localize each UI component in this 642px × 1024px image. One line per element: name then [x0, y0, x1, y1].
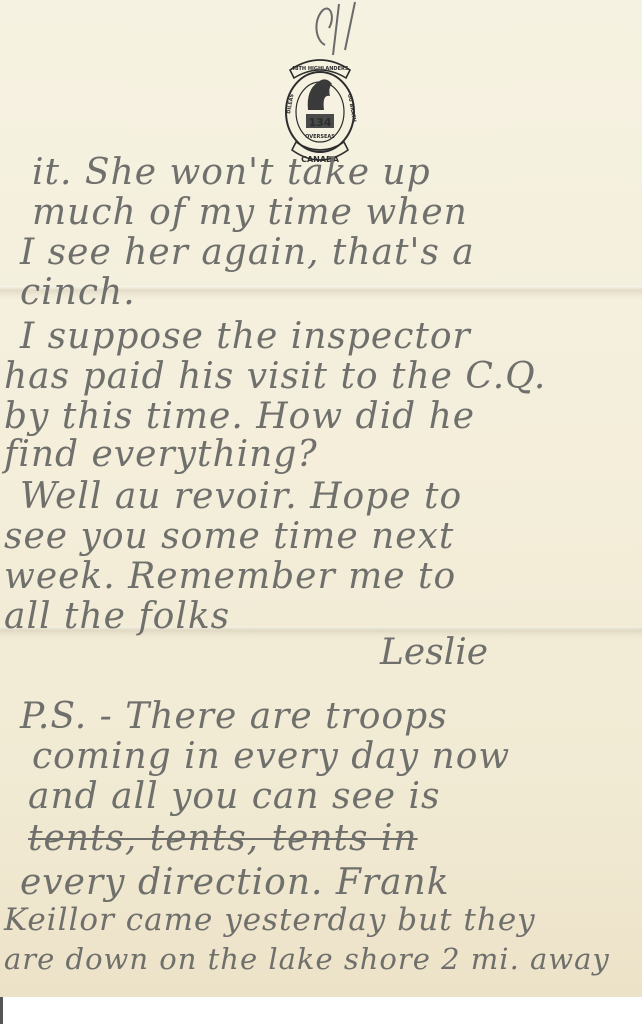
letter-line: cinch.	[20, 272, 642, 313]
signature: Leslie	[380, 632, 488, 673]
letter-line: I suppose the inspector	[20, 316, 642, 357]
scan-edge	[0, 997, 3, 1024]
scan-margin	[0, 997, 642, 1024]
letter-line: by this time. How did he	[4, 396, 642, 437]
svg-text:DILEAS: DILEAS	[286, 93, 295, 114]
letter-line: Well au revoir. Hope to	[20, 476, 642, 517]
postscript-line: and all you can see is	[28, 776, 642, 817]
letter-line: find everything?	[4, 434, 642, 475]
letter-line: it. She won't take up	[32, 152, 642, 193]
letter-page: 134 CANADA 48TH HIGHLANDERS OVERSEAS DIL…	[0, 0, 642, 997]
letter-line: has paid his visit to the C.Q.	[4, 356, 642, 397]
postscript-line: P.S. - There are troops	[20, 696, 642, 737]
letter-line: I see her again, that's a	[20, 232, 642, 273]
svg-text:48TH HIGHLANDERS: 48TH HIGHLANDERS	[292, 66, 349, 72]
postscript-line: coming in every day now	[32, 736, 642, 777]
letter-line: all the folks	[4, 596, 642, 637]
postscript-line: every direction. Frank	[20, 862, 642, 903]
svg-text:134: 134	[309, 116, 332, 129]
postscript-line: tents, tents, tents in	[28, 818, 642, 859]
letter-line: much of my time when	[32, 192, 642, 233]
letter-line: see you some time next	[4, 516, 642, 557]
postscript-line: Keillor came yesterday but they	[4, 902, 642, 938]
postscript-line: are down on the lake shore 2 mi. away	[4, 942, 642, 976]
svg-text:GU BRATH: GU BRATH	[346, 93, 357, 122]
letter-line: week. Remember me to	[4, 556, 642, 597]
svg-text:OVERSEAS: OVERSEAS	[305, 134, 335, 140]
